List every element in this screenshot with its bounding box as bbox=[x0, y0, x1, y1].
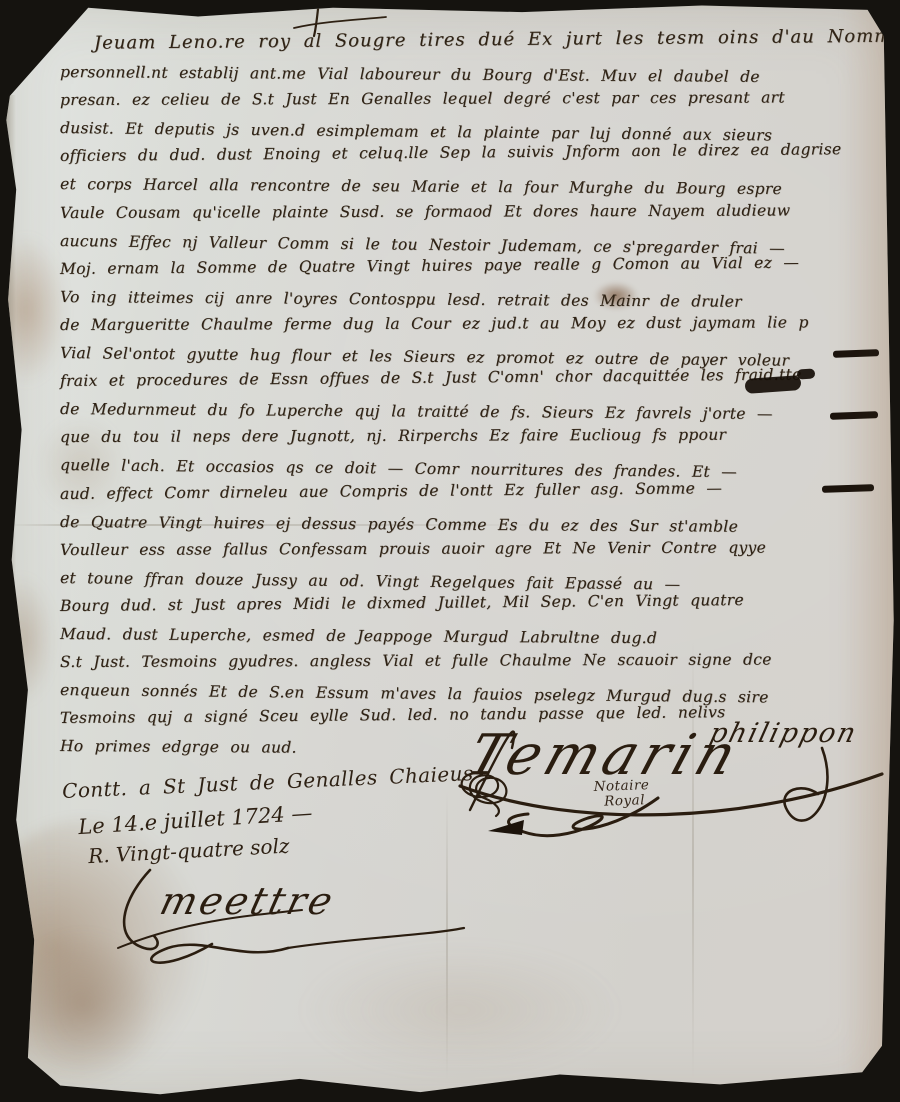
water-stain bbox=[0, 235, 66, 385]
paraph-arrow bbox=[488, 820, 524, 835]
photo-backdrop: Jeuam Leno.re roy al Sougre tires dué Ex… bbox=[0, 0, 900, 1102]
manuscript-line: officiers du dud. dust Enoing et celuq.l… bbox=[60, 135, 876, 170]
manuscript-line: Vaule Cousam qu'icelle plainte Susd. se … bbox=[60, 196, 876, 227]
notary-title-line2: Royal bbox=[594, 793, 650, 810]
manuscript-line: S.t Just. Tesmoins gyudres. angless Vial… bbox=[60, 645, 876, 676]
paper-edge-shadow bbox=[6, 95, 16, 1070]
manuscript-page: Jeuam Leno.re roy al Sougre tires dué Ex… bbox=[0, 0, 900, 1102]
controller-signature-flourish: meettre bbox=[92, 852, 482, 972]
manuscript-line: Voulleur ess asse fallus Confessam proui… bbox=[60, 533, 876, 564]
notary-title: Notaire Royal bbox=[593, 778, 650, 810]
manuscript-line: de Margueritte Chaulme ferme dug la Cour… bbox=[60, 308, 876, 339]
manuscript-line: Jeuam Leno.re roy al Sougre tires dué Ex… bbox=[60, 23, 876, 58]
manuscript-line: que du tou il neps dere Jugnott, nj. Rir… bbox=[60, 420, 876, 451]
control-registration-block: Contt. a St Just de Genalles Chaieus Le … bbox=[62, 770, 474, 858]
signature-secondary: philippon bbox=[706, 718, 860, 749]
manuscript-line: Bourg dud. st Just apres Midi le dixmed … bbox=[60, 585, 876, 620]
signature-controller: meettre bbox=[156, 880, 340, 924]
water-stain bbox=[0, 575, 54, 705]
ink-blot bbox=[797, 368, 816, 379]
manuscript-line: presan. ez celieu de S.t Just En Genalle… bbox=[60, 83, 876, 114]
manuscript-text: Jeuam Leno.re roy al Sougre tires dué Ex… bbox=[60, 30, 876, 760]
